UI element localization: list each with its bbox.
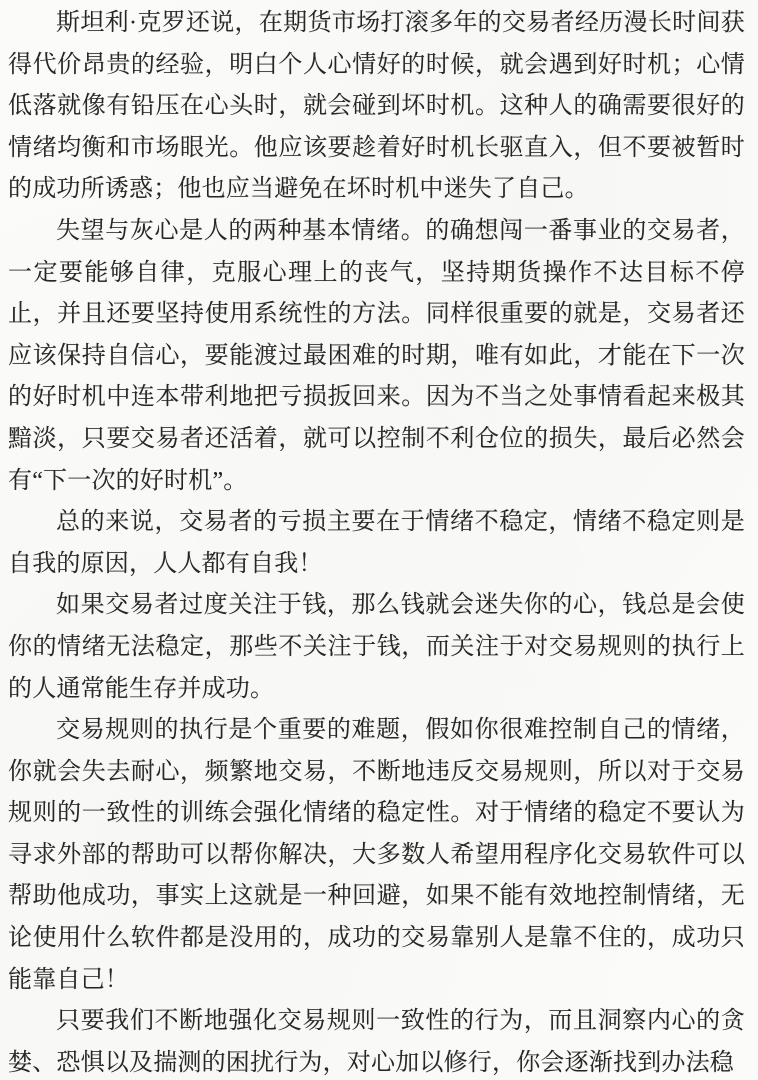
paragraph-5: 交易规则的执行是个重要的难题，假如你很难控制自己的情绪，你就会失去耐心，频繁地交… (8, 710, 745, 1001)
paragraph-6: 只要我们不断地强化交易规则一致性的行为，而且洞察内心的贪婪、恐惧以及揣测的困扰行… (8, 1001, 745, 1080)
paragraph-1: 斯坦利·克罗还说，在期货市场打滚多年的交易者经历漫长时间获得代价昂贵的经验，明白… (8, 3, 745, 211)
paragraph-2: 失望与灰心是人的两种基本情绪。的确想闯一番事业的交易者，一定要能够自律，克服心理… (8, 211, 745, 502)
paragraph-4: 如果交易者过度关注于钱，那么钱就会迷失你的心，钱总是会使你的情绪无法稳定，那些不… (8, 585, 745, 710)
paragraph-3: 总的来说，交易者的亏损主要在于情绪不稳定，情绪不稳定则是自我的原因，人人都有自我… (8, 502, 745, 585)
scanned-book-page: 斯坦利·克罗还说，在期货市场打滚多年的交易者经历漫长时间获得代价昂贵的经验，明白… (0, 0, 758, 1080)
